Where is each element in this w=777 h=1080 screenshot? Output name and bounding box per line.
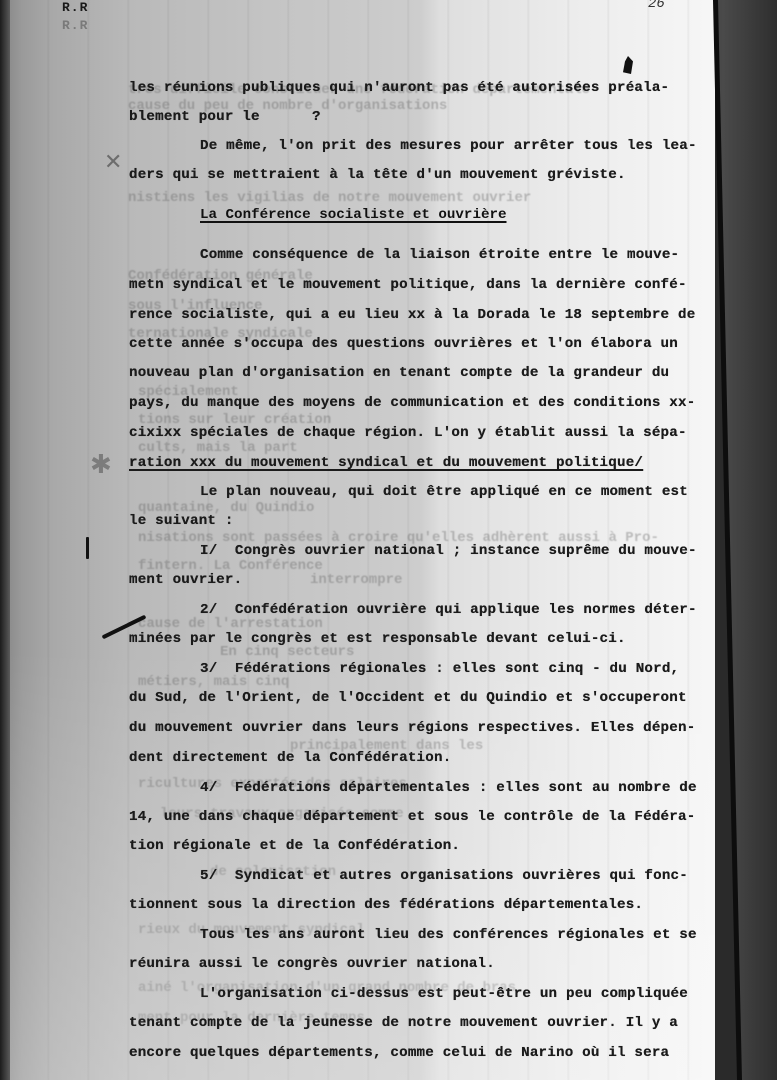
list-item-2: 2/ Confédération ouvrière qui applique l… xyxy=(200,602,697,618)
text-line: réunira aussi le congrès ouvrier nationa… xyxy=(129,956,495,972)
text-line: cette année s'occupa des questions ouvri… xyxy=(129,336,678,352)
header-mark-ghost: R.R xyxy=(62,18,88,33)
text-line: rence socialiste, qui a eu lieu xx à la … xyxy=(129,307,695,323)
text-line: les réunions publiques qui n'auront pas … xyxy=(129,80,669,96)
list-item-1: I/ Congrès ouvrier national ; instance s… xyxy=(200,543,697,559)
ghost-text: interrompre xyxy=(310,572,402,588)
text-line: blement pour le ? xyxy=(129,109,321,125)
text-line: tionnent sous la direction des fédératio… xyxy=(129,897,643,913)
paragraph-start: L'organisation ci-dessus est peut-être u… xyxy=(200,986,688,1002)
text-line: ders qui se mettraient à la tête d'un mo… xyxy=(129,167,626,183)
ghost-text: cults, mais la part xyxy=(138,440,298,456)
list-item-5: 5/ Syndicat et autres organisations ouvr… xyxy=(200,868,688,884)
text-line: 14, une dans chaque département et sous … xyxy=(129,809,695,825)
ghost-text: cause de l'arrestation xyxy=(138,616,323,632)
list-item-3: 3/ Fédérations régionales : elles sont c… xyxy=(200,661,679,677)
pencil-bar-mark-icon xyxy=(86,537,89,559)
scan-left-edge xyxy=(0,0,10,1080)
text-line: encore quelques départements, comme celu… xyxy=(129,1045,669,1061)
list-item-4: 4/ Fédérations départementales : elles s… xyxy=(200,780,697,796)
text-line: tion régionale et de la Confédération. xyxy=(129,838,460,854)
paragraph-start: De même, l'on prit des mesures pour arrê… xyxy=(200,138,697,154)
text-line: dent directement de la Confédération. xyxy=(129,750,451,766)
pencil-cross-mark-icon: ✕ xyxy=(104,150,122,175)
ghost-text: nistiens les vigilias de notre mouvement… xyxy=(128,190,531,206)
paragraph-start: Tous les ans auront lieu des conférences… xyxy=(200,927,697,943)
text-line-underlined: ration xxx du mouvement syndical et du m… xyxy=(129,455,643,471)
text-line: metn syndical et le mouvement politique,… xyxy=(129,277,687,293)
text-line: ment ouvrier. xyxy=(129,572,242,588)
section-heading: La Conférence socialiste et ouvrière xyxy=(200,207,507,223)
text-line: tenant compte de la jeunesse de notre mo… xyxy=(129,1015,678,1031)
text-line: nouveau plan d'organisation en tenant co… xyxy=(129,365,669,381)
text-line: le suivant : xyxy=(129,513,234,529)
text-line: pays, du manque des moyens de communicat… xyxy=(129,395,695,411)
text-line: cixixx spéciales de chaque région. L'on … xyxy=(129,425,687,441)
paragraph-start: Le plan nouveau, qui doit être appliqué … xyxy=(200,484,688,500)
header-mark: R.R xyxy=(62,0,88,15)
text-line: minées par le congrès et est responsable… xyxy=(129,631,626,647)
page-number: 26 xyxy=(648,0,665,12)
paragraph-start: Comme conséquence de la liaison étroite … xyxy=(200,247,679,263)
pencil-star-mark-icon: ✱ xyxy=(90,450,112,480)
text-line: du Sud, de l'Orient, de l'Occident et du… xyxy=(129,690,687,706)
text-line: du mouvement ouvrier dans leurs régions … xyxy=(129,720,695,736)
